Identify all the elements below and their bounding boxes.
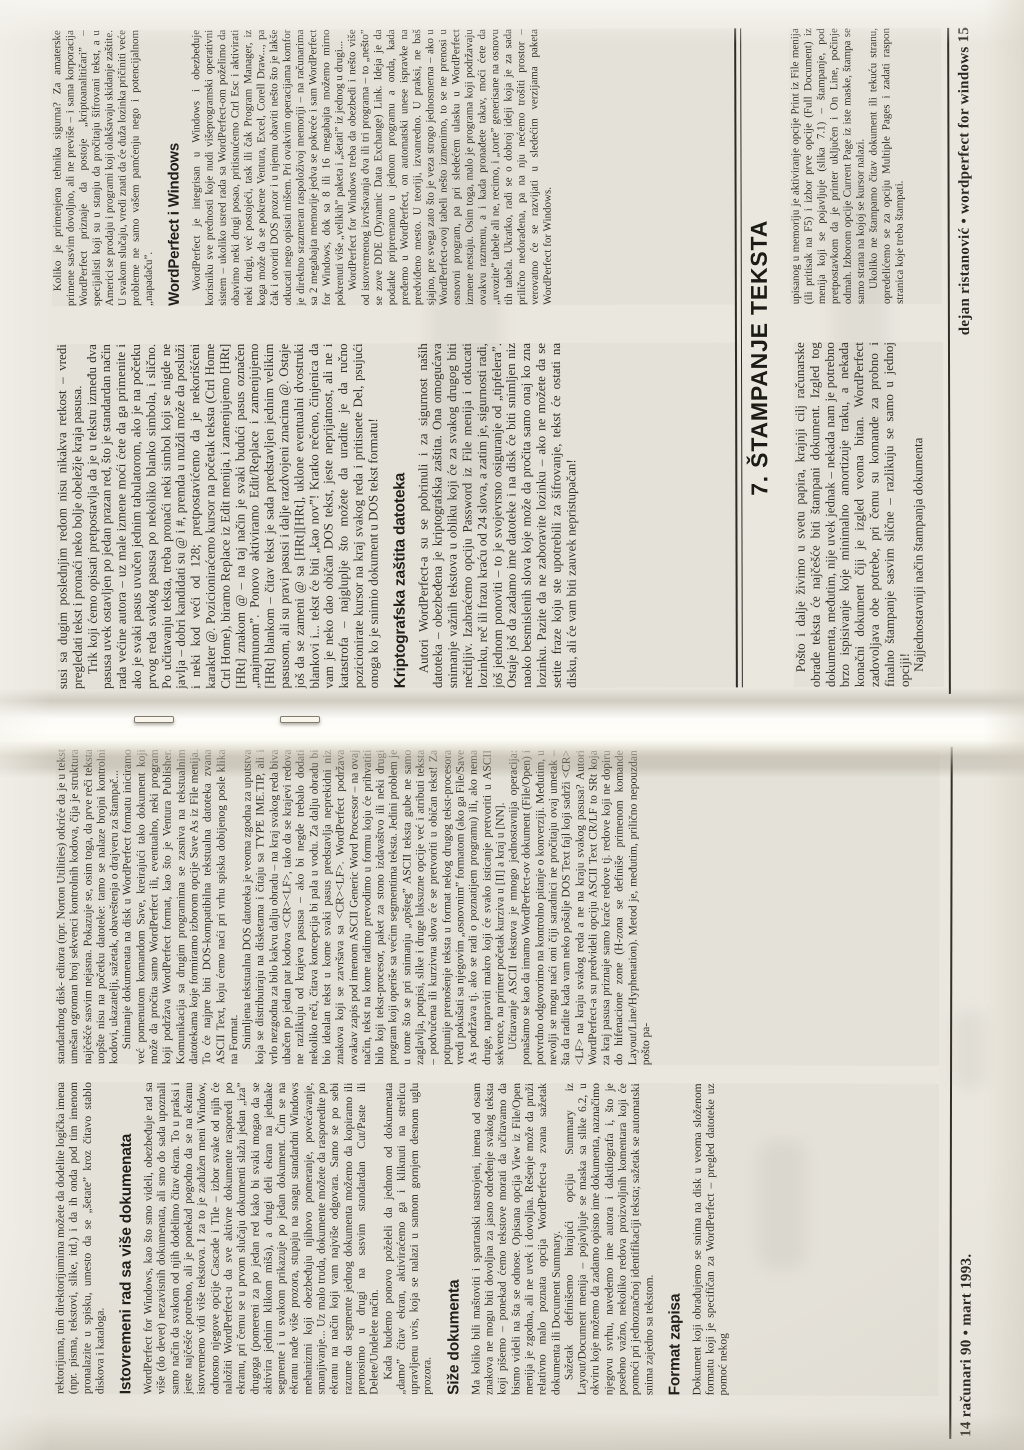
page14-left-column: rektorijuma, tim direktorijumima možete … [54, 1082, 939, 1396]
paragraph: Najjednostavniji način štampanja dokumen… [911, 342, 927, 687]
paragraph: Ukoliko ne štampamo čitav dokument ili t… [867, 28, 907, 304]
page15-lower-right-column: upisanog u memoriju je aktiviranje opcij… [789, 28, 942, 304]
page15-upper-left-column: susi sa dugim poslednjim redom nisu nika… [55, 342, 740, 689]
page14-right-column: standardnog disk- editora (npr. Norton U… [55, 749, 940, 1066]
paragraph: Ma koliko bili maštoviti i spartanski na… [470, 1083, 564, 1395]
magazine-page-14: rektorijuma, tim direktorijumima možete … [0, 739, 1024, 1450]
paragraph: Koliko je primenjena tehnika sigurna? Za… [51, 30, 156, 306]
page15-footer: dejan ristanović • wordperfect for windo… [956, 27, 974, 509]
staple [134, 716, 174, 723]
paragraph: Snimljena tekstualna DOS datoteka je veo… [241, 749, 508, 1065]
footer-rule [947, 28, 951, 694]
section-heading-stampanje-teksta: 7. ŠTAMPANJE TEKSTA [745, 28, 774, 687]
paragraph: WordPerfect for Windows, kao što smo vid… [143, 1082, 383, 1395]
magazine-page-15: susi sa dugim poslednjim redom nisu nika… [0, 0, 1024, 711]
footer-rule [949, 747, 952, 1439]
page-15-region: susi sa dugim poslednjim redom nisu nika… [0, 0, 1024, 710]
paragraph: Sažetak definišemo birajući opciju Summa… [563, 1083, 657, 1395]
paragraph: Snimanje dokumenata na disk u WordPerfec… [122, 749, 242, 1064]
paragraph: upisanog u memoriju je aktiviranje opcij… [789, 28, 868, 304]
heading-size-dokumenta: Siže dokumenta [444, 1083, 464, 1395]
section-double-rule [734, 28, 743, 687]
paragraph: Kada budemo ponovo poželeli da jednom od… [382, 1083, 436, 1395]
page14-footer: 14 računari 90 • mart 1993. [958, 1017, 976, 1437]
paragraph: WordPerfect for Windows treba da obezbed… [346, 29, 555, 306]
heading-istovremeni-rad: Istovremeni rad sa više dokumenata [117, 1082, 137, 1394]
paragraph: Trik koji ćemo opisati pretpostavlja da … [85, 343, 382, 689]
paragraph: Autori WordPerfect-a su se pobrinuli i z… [416, 343, 580, 688]
staple [280, 716, 320, 723]
heading-format-zapisa: Format zapisa [665, 1083, 685, 1395]
paragraph: Dokument koji obrađujemo se snima na dis… [691, 1083, 732, 1395]
paragraph: Pošto i dalje živimo u svetu papira, kra… [793, 342, 912, 687]
magazine-spread-scan: susi sa dugim poslednjim redom nisu nika… [0, 0, 1024, 1450]
page-14-region: rektorijuma, tim direktorijumima možete … [0, 740, 1024, 1450]
page15-lower-left-column: Pošto i dalje živimo u svetu papira, kra… [793, 342, 944, 687]
paragraph: rektorijuma, tim direktorijumima možete … [54, 1082, 108, 1394]
heading-kriptografska-zastita: Kriptografska zaštita datoteka [390, 343, 410, 688]
page15-upper-right-column: Koliko je primenjena tehnika sigurna? Za… [51, 28, 734, 306]
paragraph: standardnog disk- editora (npr. Norton U… [55, 749, 122, 1064]
paragraph: susi sa dugim poslednjim redom nisu nika… [55, 344, 85, 689]
paragraph: WordPerfect je integrisan u Windows i ob… [190, 29, 347, 305]
paragraph: Učitavanje ASCII tekstova je mnogo jedno… [507, 750, 654, 1065]
heading-wordperfect-i-windows: WordPerfect i Windows [164, 30, 184, 306]
